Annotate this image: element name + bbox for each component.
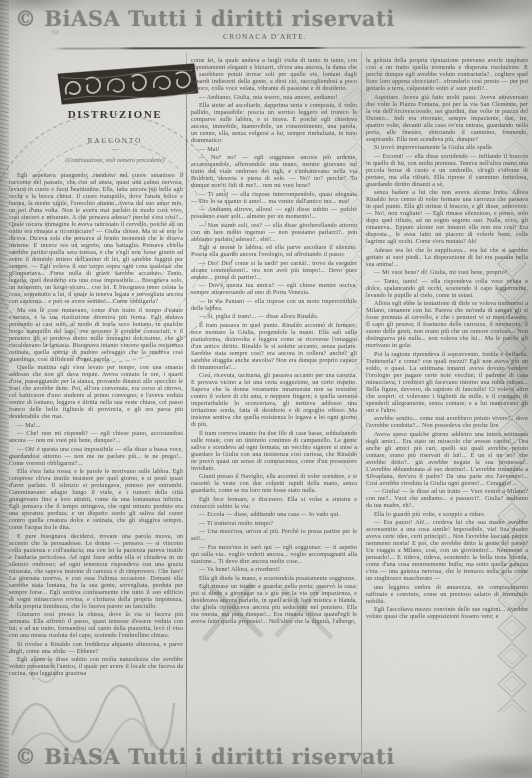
- paragraph: — Sì, piglia il tram!... — disse allora …: [191, 313, 357, 320]
- paragraph: — Eccomi! — ella disse sorridendo — infi…: [366, 153, 528, 188]
- paragraph: — No? no? — egli soggiunse ancora più ar…: [191, 154, 357, 189]
- paragraph: Così, ricevuta, taciturna, gli passava a…: [191, 372, 357, 428]
- paragraph: Egli si morse le labbra; ed ella parve a…: [191, 244, 357, 258]
- paragraph: — Dio! Dio! come si fa tardi! per carità…: [191, 260, 357, 281]
- paragraph: — Era pazzo! Ah!... credeva lui che sua …: [366, 519, 528, 582]
- paragraph: Egli aspettava piangendo; riandava nel c…: [9, 172, 183, 305]
- paragraph: Giunti presso il Naviglio, ella accennò …: [191, 473, 357, 494]
- paragraph: Il tram passava in quel punto. Rinaldo a…: [191, 322, 357, 371]
- paragraph: — Ti tratterrai molto tempo?: [191, 520, 357, 527]
- paragraph: — Che! non mi rispondi? — egli chiese pi…: [9, 430, 183, 444]
- paragraph: — Mai!: [191, 146, 357, 153]
- paragraph: Egli rimase un istante a guardar nella p…: [191, 583, 357, 625]
- paragraph: E pure bisognava decidersi, trovare una …: [9, 533, 183, 610]
- paragraph: Adesso era lei che lo supplicava... era …: [366, 247, 528, 268]
- text-column-2: come lei, la quale andava a fargli visit…: [191, 57, 357, 771]
- binding-edge-texture: [0, 0, 9, 778]
- paragraph: — Non siamo soli, ora? — ella disse gioc…: [191, 222, 357, 243]
- paragraph: Giunsero così presso la chiesa, dove la …: [9, 611, 183, 639]
- paragraph: una leggiera ombra di amarezza, un compi…: [366, 584, 528, 605]
- article-divider: —: [40, 146, 190, 153]
- paragraph: — Una mezz'ora, un'ora al più. Perchè io…: [191, 528, 357, 542]
- paragraph: — Andiamo, Giulia, mia tesoro, mia amore…: [191, 94, 357, 101]
- journal-title: CRONACA D'ARTE.: [180, 32, 350, 41]
- paragraph: Aspettare. Aveva già fatto molti passi. …: [366, 94, 528, 143]
- paragraph: Egli allora le disse subito con molta na…: [9, 656, 183, 677]
- paragraph: Egli fece fermare, e discesero. Ella si …: [191, 496, 357, 510]
- article-title: DISTRUZIONE: [40, 109, 190, 121]
- paragraph: Ma ora le cose mutavano, come d'un tratt…: [9, 307, 183, 363]
- paragraph: — Ma!...: [9, 422, 183, 429]
- paragraph: Il tram correva intanto fra due file di …: [191, 430, 357, 472]
- paragraph: — Ti amo! — ella rispose interrompendolo…: [191, 191, 357, 205]
- woodcut-ornament-band: [55, 63, 198, 105]
- paragraph: la gelosia della propria riputazione pot…: [366, 57, 528, 92]
- paragraph: — Fra mezz'ora io sarò qui — egli soggiu…: [191, 544, 357, 565]
- column-rule: [361, 52, 362, 774]
- paragraph: Allora egli ebbe la tentazione di dirle …: [366, 300, 528, 349]
- paragraph: — Tanto, tanto! — ella rispondeva colla …: [366, 278, 528, 299]
- header-rule: [52, 46, 528, 49]
- text-column-1: Egli aspettava piangendo; riandava nel c…: [9, 172, 183, 770]
- paragraph: Ella gli diede la mano, e scuotendola po…: [191, 575, 357, 582]
- continuation-note: (Continuazione, vedi numero precedente): [40, 158, 190, 164]
- paragraph: — Dov'è questa tua amica? — egli chiese …: [191, 282, 357, 296]
- paragraph: Si rivolse a Rinaldo con freddezza alqua…: [9, 641, 183, 655]
- paragraph: come lei, la quale andava a fargli visit…: [191, 57, 357, 92]
- paragraph: — In via Pantani — ella rispose con un m…: [191, 298, 357, 312]
- paragraph: Ella lo guardò più volte, e scoppiò a ri…: [366, 511, 528, 518]
- paragraph: — Oh! è questa una cosa impossibile — el…: [9, 446, 183, 467]
- paragraph: Aveva speso qualche giorno addietro una …: [366, 431, 528, 487]
- paragraph: — Va bene! Allora, a rivederci!: [191, 566, 357, 573]
- copyright-watermark-top: © BiASA Tutti i diritti riservati: [15, 6, 395, 31]
- paragraph: — Mi vuoi bene? dì! Giulia, mi vuoi bene…: [366, 269, 528, 276]
- paragraph: — Giulia! — le disse ad un tratto — Vuoi…: [366, 488, 528, 509]
- paragraph: — Andiamo altrove, allora! — egli disse …: [191, 206, 357, 220]
- paragraph: Egli l'ascoltava mezzo convinto delle su…: [366, 606, 528, 620]
- paragraph: senza badare a lui che non aveva alcuna …: [366, 189, 528, 245]
- copyright-watermark-bottom: © BiASA Tutti i diritti riservati: [15, 744, 395, 769]
- paragraph: Quella mattina egli s'era levato per tem…: [9, 364, 183, 420]
- paragraph: Si trovò improvvisamente la Giulia alle …: [366, 144, 528, 151]
- scanned-journal-page: 52 CRONACA D'ARTE. DISTRUZIONE RACCONTO …: [0, 0, 532, 778]
- paragraph: Ella stette ad ascoltarlo, dapprima seri…: [191, 102, 357, 144]
- article-subtitle: RACCONTO: [40, 137, 190, 145]
- text-column-3: la gelosia della propria riputazione pot…: [366, 57, 528, 771]
- paragraph: Poi la ragione riprendeva il sopravvento…: [366, 351, 528, 414]
- paragraph: Ella s'era fatta rossa; e le parole le m…: [9, 468, 183, 531]
- paragraph: — Eccola — disse, additando una casa — I…: [191, 511, 357, 518]
- paragraph: avrebbe sentito... come mai avrebbero po…: [366, 415, 528, 429]
